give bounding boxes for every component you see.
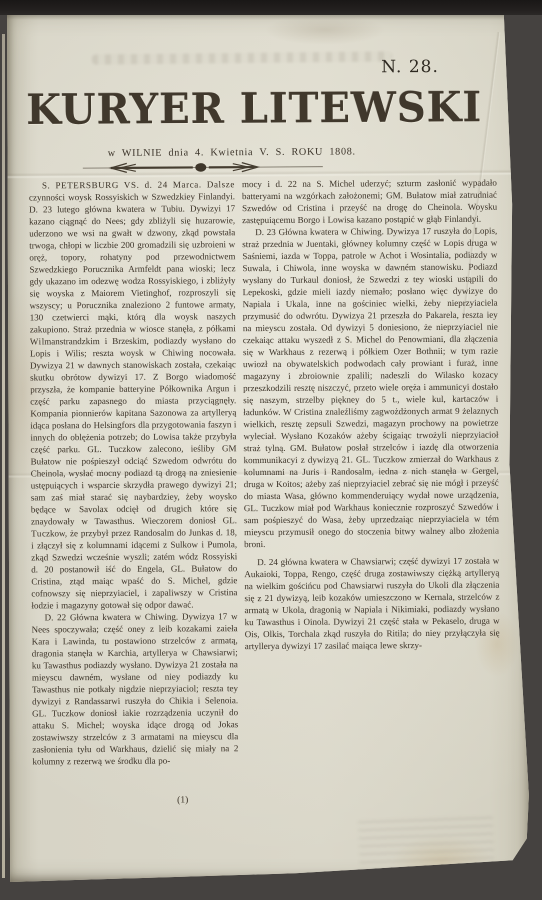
left-column: S. PETERSBURG VS. d. 24 Marca. Dalsze cz… bbox=[29, 178, 239, 807]
article-paragraph: mocy i d. 22 na S. Michel uderzyć; sztur… bbox=[242, 177, 497, 227]
page-signature: (1) bbox=[153, 795, 213, 805]
adjacent-page-edge bbox=[2, 34, 5, 878]
masthead-title: KURYER LITEWSKI bbox=[26, 87, 482, 131]
right-column: mocy i d. 22 na S. Michel uderzyć; sztur… bbox=[242, 177, 501, 807]
dateline: w WILNIE dnia 4. Kwietnia V. S. ROKU 180… bbox=[6, 146, 458, 160]
printed-content: N. 28. KURYER LITEWSKI w WILNIE dnia 4. … bbox=[5, 11, 534, 883]
scan-top-edge bbox=[0, 0, 542, 15]
newspaper-page: N. 28. KURYER LITEWSKI w WILNIE dnia 4. … bbox=[7, 13, 531, 882]
divider-ornament bbox=[81, 160, 325, 175]
article-paragraph: D. 22 Główna kwatera w Chiwing. Dywizya … bbox=[32, 610, 239, 767]
article-paragraph: S. PETERSBURG VS. d. 24 Marca. Dalsze cz… bbox=[29, 178, 238, 611]
article-paragraph: D. 23 Główna kwatera w Chiwing. Dywizya … bbox=[242, 225, 499, 551]
article-paragraph: D. 24 główna kwatera w Chawsiarwi; część… bbox=[244, 555, 500, 653]
issue-number: N. 28. bbox=[381, 57, 439, 77]
